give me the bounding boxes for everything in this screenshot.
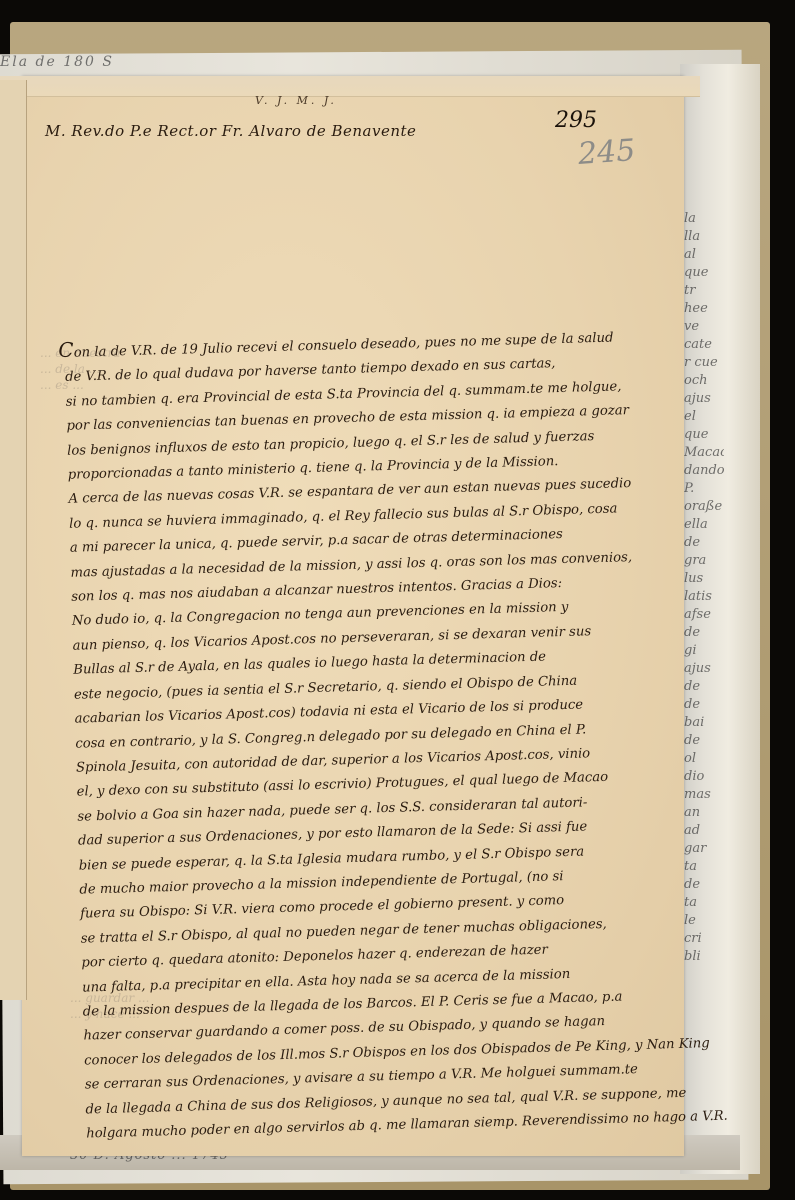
back-sheet-top-note: Ela de 180 S bbox=[0, 54, 300, 76]
addressee-line: M. Rev.do P.e Rect.or Fr. Alvaro de Bena… bbox=[45, 122, 416, 140]
left-paper-flap bbox=[0, 80, 27, 1000]
folio-number-ink: 295 bbox=[555, 108, 597, 133]
folio-number-pencil: 245 bbox=[577, 133, 637, 172]
page-top-fold bbox=[0, 76, 700, 97]
letter-body: Con la de V.R. de 19 Julio recevi el con… bbox=[58, 320, 710, 1147]
reference-mark: V. J. M. J. bbox=[255, 94, 337, 107]
